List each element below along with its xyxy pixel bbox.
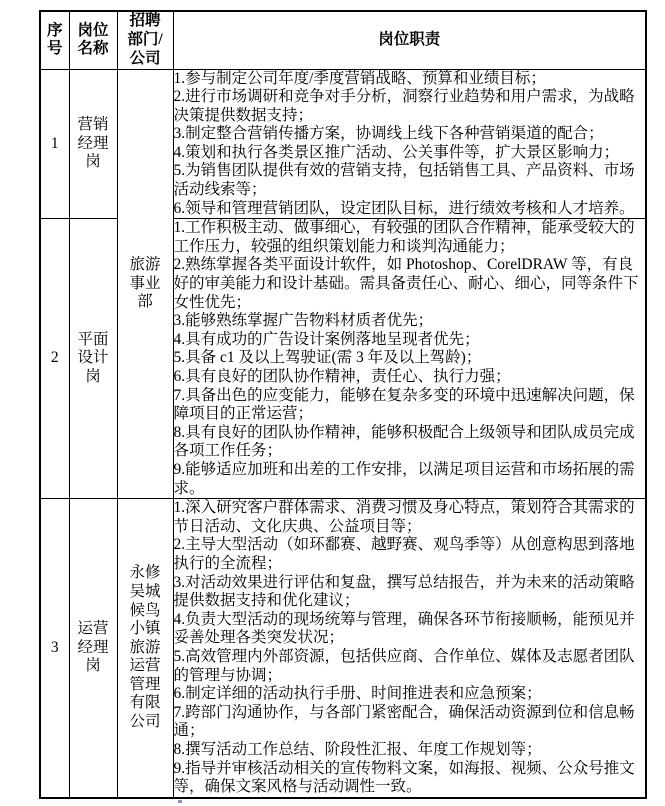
duty-line: 1.参与制定公司年度/季度营销战略、预算和业绩目标；: [174, 70, 646, 89]
duty-line: 4.具有成功的广告设计案例落地呈现者优先；: [174, 331, 646, 350]
duty-line: 3.制定整合营销传播方案，协调线上线下各种营销渠道的配合；: [174, 125, 646, 144]
header-index: 序 号: [40, 11, 69, 69]
duty-line: 6.领导和管理营销团队，设定团队目标，进行绩效考核和人才培养。: [174, 200, 646, 219]
position-name: 营销 经理 岗: [69, 69, 117, 219]
duty-line: 1.深入研究客户群体需求、消费习惯及身心特点，策划符合其需求的节日活动、文化庆典…: [174, 499, 646, 536]
table-row-3: 3 运营 经理 岗 永修 吴城 候鸟 小镇 旅游 运营 管理 有限 公司 1.深…: [40, 499, 646, 798]
position-name: 运营 经理 岗: [69, 499, 117, 798]
row-index: 2: [40, 219, 69, 499]
position-name: 平面 设计 岗: [69, 219, 117, 499]
header-duties: 岗位职责: [173, 11, 646, 69]
duties-cell: 1.参与制定公司年度/季度营销战略、预算和业绩目标； 2.进行市场调研和竞争对手…: [173, 69, 646, 219]
duty-line: 5.为销售团队提供有效的营销支持，包括销售工具、产品资料、市场活动线索等；: [174, 162, 646, 199]
job-postings-table: 序 号 岗位 名称 招聘 部门/ 公司 岗位职责 1 营销 经理 岗 旅游 事业…: [39, 10, 647, 799]
duty-line: 5.具备 c1 及以上驾驶证(需 3 年及以上驾龄)；: [174, 349, 646, 368]
cursor-artifact: [178, 800, 182, 803]
document-page: 序 号 岗位 名称 招聘 部门/ 公司 岗位职责 1 营销 经理 岗 旅游 事业…: [0, 0, 665, 806]
duty-line: 8.具有良好的团队协作精神，能够积极配合上级领导和团队成员完成各项工作任务；: [174, 424, 646, 461]
header-department: 招聘 部门/ 公司: [117, 11, 173, 69]
duties-cell: 1.工作积极主动、做事细心，有较强的团队合作精神，能承受较大的工作压力，较强的组…: [173, 219, 646, 499]
header-row: 序 号 岗位 名称 招聘 部门/ 公司 岗位职责: [40, 11, 646, 69]
duties-cell: 1.深入研究客户群体需求、消费习惯及身心特点，策划符合其需求的节日活动、文化庆典…: [173, 499, 646, 798]
duty-line: 9.指导并审核活动相关的宣传物料文案，如海报、视频、公众号推文等，确保文案风格与…: [174, 760, 646, 797]
duty-line: 7.具备出色的应变能力，能够在复杂多变的环境中迅速解决问题，保障项目的正常运营；: [174, 387, 646, 424]
duty-line: 3.对活动效果进行评估和复盘，撰写总结报告，并为未来的活动策略提供数据支持和优化…: [174, 574, 646, 611]
duty-line: 8.撰写活动工作总结、阶段性汇报、年度工作规划等；: [174, 741, 646, 760]
department-name: 永修 吴城 候鸟 小镇 旅游 运营 管理 有限 公司: [117, 499, 173, 798]
duty-line: 6.制定详细的活动执行手册、时间推进表和应急预案；: [174, 685, 646, 704]
duty-line: 6.具有良好的团队协作精神，责任心、执行力强；: [174, 368, 646, 387]
department-name-shared: 旅游 事业 部: [117, 69, 173, 499]
duty-line: 2.熟练掌握各类平面设计软件，如 Photoshop、CorelDRAW 等，有…: [174, 256, 646, 312]
duty-line: 3.能够熟练掌握广告物料材质者优先；: [174, 312, 646, 331]
duty-line: 5.高效管理内外部资源，包括供应商、合作单位、媒体及志愿者团队的管理与协调；: [174, 648, 646, 685]
duty-line: 2.主导大型活动（如环鄱赛、越野赛、观鸟季等）从创意构思到落地执行的全流程；: [174, 536, 646, 573]
header-position-name: 岗位 名称: [69, 11, 117, 69]
duty-line: 4.负责大型活动的现场统筹与管理，确保各环节衔接顺畅，能预见并妥善处理各类突发状…: [174, 611, 646, 648]
row-index: 1: [40, 69, 69, 219]
duty-line: 9.能够适应加班和出差的工作安排，以满足项目运营和市场拓展的需求。: [174, 461, 646, 498]
duty-line: 7.跨部门沟通协作，与各部门紧密配合，确保活动资源到位和信息畅通；: [174, 704, 646, 741]
duty-line: 2.进行市场调研和竞争对手分析，洞察行业趋势和用户需求，为战略决策提供数据支持；: [174, 88, 646, 125]
row-index: 3: [40, 499, 69, 798]
table-row-1: 1 营销 经理 岗 旅游 事业 部 1.参与制定公司年度/季度营销战略、预算和业…: [40, 69, 646, 219]
duty-line: 1.工作积极主动、做事细心，有较强的团队合作精神，能承受较大的工作压力，较强的组…: [174, 219, 646, 256]
duty-line: 4.策划和执行各类景区推广活动、公关事件等，扩大景区影响力；: [174, 144, 646, 163]
